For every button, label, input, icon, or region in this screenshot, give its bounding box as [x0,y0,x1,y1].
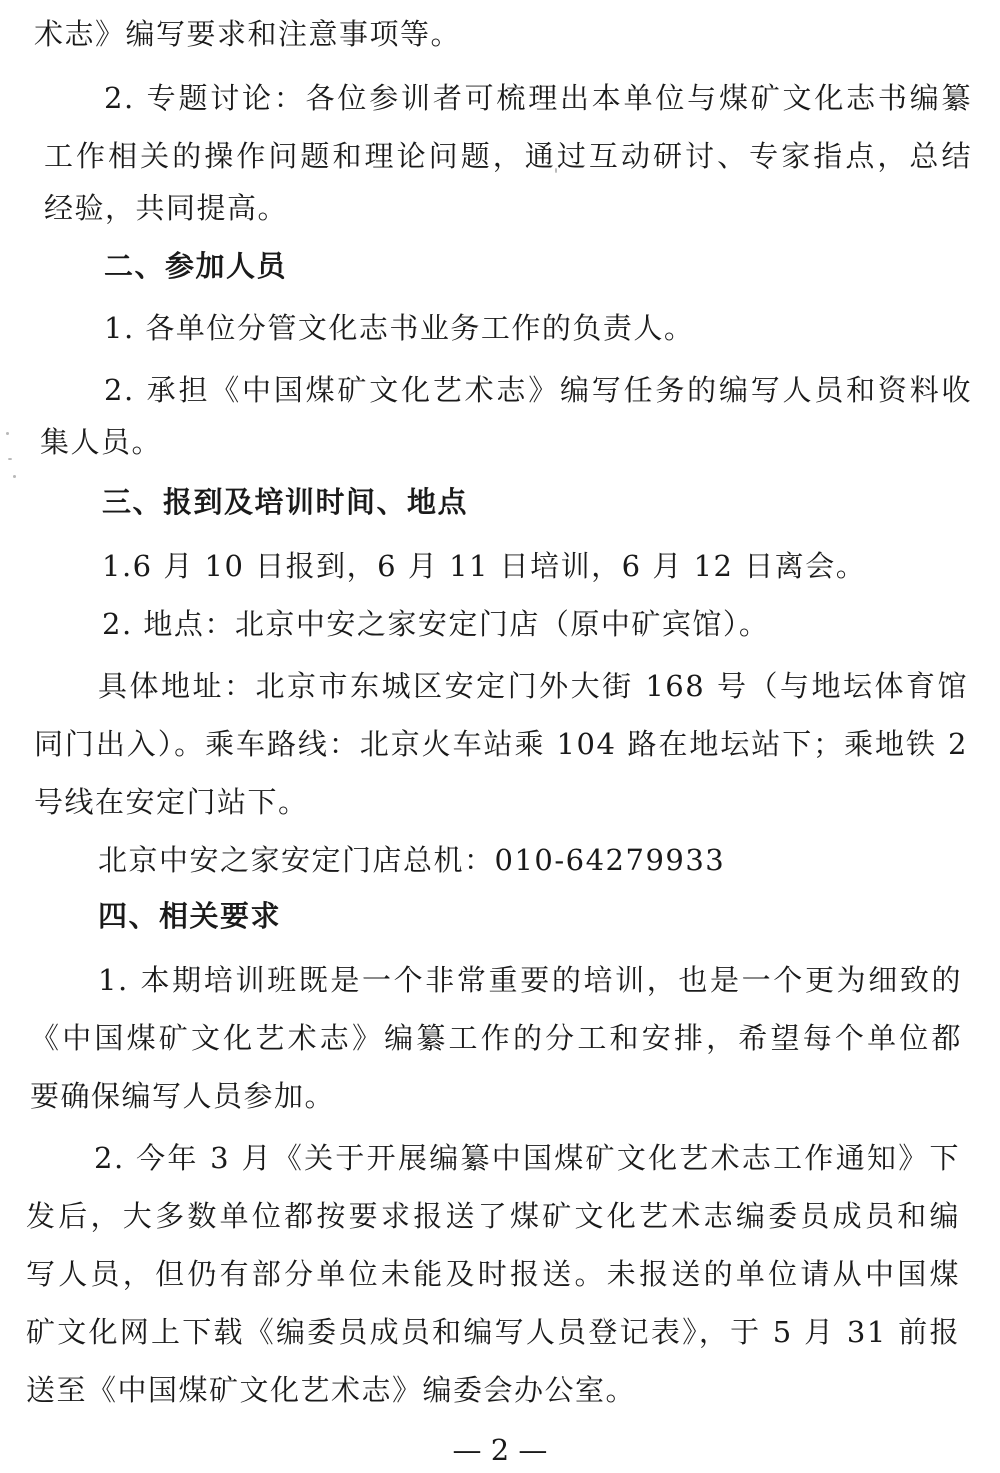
text-line: 送至《中国煤矿文化艺术志》编委会办公室。 [26,1370,636,1410]
text-line: 矿文化网上下载《编委员成员和编写人员登记表》，于 5 月 31 前报 [26,1312,960,1352]
text-line: 集人员。 [40,422,162,462]
scan-speck [13,475,16,478]
text-line-participants-2: 2. 承担《中国煤矿文化艺术志》编写任务的编写人员和资料收 [104,370,972,410]
text-line-route: 同门出入）。乘车路线：北京火车站乘 104 路在地坛站下；乘地铁 2 [34,724,968,764]
text-line-item-topic-discussion: 2. 专题讨论：各位参训者可梳理出本单位与煤矿文化志书编纂 [104,78,972,118]
scan-speck [8,458,12,460]
section-heading-time-location: 三、报到及培训时间、地点 [102,482,468,522]
text-line-schedule: 1.6 月 10 日报到，6 月 11 日培训，6 月 12 日离会。 [102,546,866,586]
text-line: 要确保编写人员参加。 [30,1076,335,1116]
text-line-phone: 北京中安之家安定门店总机：010-64279933 [98,840,725,880]
text-line: 写人员，但仍有部分单位未能及时报送。未报送的单位请从中国煤 [26,1254,960,1294]
text-line-participants-1: 1. 各单位分管文化志书业务工作的负责人。 [104,308,694,348]
text-line: 经验，共同提高。 [44,188,288,228]
scan-speck [6,432,9,435]
document-page: 术志》编写要求和注意事项等。 2. 专题讨论：各位参训者可梳理出本单位与煤矿文化… [0,0,1000,1473]
section-heading-requirements: 四、相关要求 [98,896,281,936]
text-line-location: 2. 地点：北京中安之家安定门店（原中矿宾馆）。 [102,604,769,644]
text-line-requirement-2: 2. 今年 3 月《关于开展编纂中国煤矿文化艺术志工作通知》下 [94,1138,960,1178]
section-heading-participants: 二、参加人员 [104,246,287,286]
text-line-continuation: 术志》编写要求和注意事项等。 [34,14,461,54]
text-line-requirement-1: 1. 本期培训班既是一个非常重要的培训，也是一个更为细致的 [98,960,962,1000]
text-line: 《中国煤矿文化艺术志》编纂工作的分工和安排，希望每个单位都 [30,1018,962,1058]
text-line: 工作相关的操作问题和理论问题，通过互动研讨、专家指点，总结 [44,136,972,176]
text-line: 号线在安定门站下。 [34,782,309,822]
text-line-address: 具体地址：北京市东城区安定门外大街 168 号（与地坛体育馆 [98,666,968,706]
text-line: 发后，大多数单位都按要求报送了煤矿文化艺术志编委员成员和编 [26,1196,960,1236]
page-number: — 2 — [0,1432,1000,1468]
